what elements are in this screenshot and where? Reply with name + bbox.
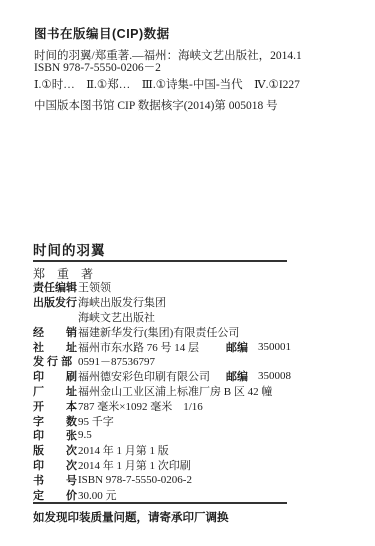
row-value: 2014 年 1 月第 1 版: [78, 442, 169, 458]
row-label: 版 次: [33, 442, 78, 458]
row-label: 字 数: [33, 413, 78, 429]
row-value: 0591－87536797: [78, 353, 155, 369]
colophon-row-edition: 版 次 2014 年 1 月第 1 版: [33, 443, 363, 458]
cip-heading: 图书在版编目(CIP)数据: [34, 24, 170, 42]
colophon-row-publisher: 海峡文艺出版社: [33, 310, 363, 325]
print-quality-note: 如发现印装质量问题，请寄承印厂调换: [33, 509, 229, 525]
row-value: 95 千字: [78, 413, 114, 429]
row-label: 定 价: [33, 487, 78, 503]
row-label: 出版发行: [33, 294, 78, 310]
row-label: 印 张: [33, 427, 78, 443]
postal-label: 邮编: [226, 368, 248, 384]
row-label: 责任编辑: [33, 279, 78, 295]
row-value: 海峡文艺出版社: [78, 309, 155, 325]
row-label: 厂 址: [33, 383, 78, 399]
row-value: 海峡出版发行集团: [78, 294, 166, 310]
cip-classification-line: Ⅰ.①时… Ⅱ.①郑… Ⅲ.①诗集-中国-当代 Ⅳ.①I227: [34, 76, 300, 92]
row-label: 书 号: [33, 472, 78, 488]
postal-code-group: 邮编 350008: [226, 369, 291, 384]
title-rule-divider: [33, 260, 287, 262]
row-label: 发 行 部: [33, 353, 78, 369]
row-value: ISBN 978-7-5550-0206-2: [78, 474, 192, 486]
row-label: 开 本: [33, 398, 78, 414]
colophon-row-sheets: 印 张 9.5: [33, 428, 363, 443]
colophon-row-printer: 印 刷 福州德安彩色印刷有限公司 邮编 350008: [33, 369, 363, 384]
book-title: 时间的羽翼: [33, 239, 106, 259]
colophon-row-address: 社 址 福州市东水路 76 号 14 层 邮编 350001: [33, 339, 363, 354]
colophon-row-distributor: 经 销 福建新华发行(集团)有限责任公司: [33, 324, 363, 339]
row-label: 经 销: [33, 324, 78, 340]
row-value: 福州金山工业区浦上标准厂房 B 区 42 幢: [78, 383, 272, 399]
colophon: 责任编辑 王领领 出版发行 海峡出版发行集团 海峡文艺出版社 经 销 福建新华发…: [33, 280, 363, 502]
colophon-row-sales-dept: 发 行 部 0591－87536797: [33, 354, 363, 369]
row-value: 福州市东水路 76 号 14 层: [78, 339, 199, 355]
row-value: 9.5: [78, 429, 92, 441]
postal-label: 邮编: [226, 339, 248, 355]
colophon-row-editor: 责任编辑 王领领: [33, 280, 363, 295]
postal-value: 350008: [258, 370, 291, 382]
row-value: 787 毫米×1092 毫米 1/16: [78, 398, 203, 414]
colophon-row-factory-address: 厂 址 福州金山工业区浦上标准厂房 B 区 42 幢: [33, 384, 363, 399]
row-value: 福建新华发行(集团)有限责任公司: [78, 324, 239, 340]
colophon-row-format: 开 本 787 毫米×1092 毫米 1/16: [33, 398, 363, 413]
postal-code-group: 邮编 350001: [226, 339, 291, 354]
colophon-row-impression: 印 次 2014 年 1 月第 1 次印刷: [33, 458, 363, 473]
cip-record-number-line: 中国版本图书馆 CIP 数据核字(2014)第 005018 号: [34, 97, 278, 113]
row-value: 福州德安彩色印刷有限公司: [78, 368, 210, 384]
postal-value: 350001: [258, 341, 291, 353]
colophon-row-price: 定 价 30.00 元: [33, 487, 363, 502]
row-value: 2014 年 1 月第 1 次印刷: [78, 457, 191, 473]
row-label: 印 刷: [33, 368, 78, 384]
row-value: 30.00 元: [78, 487, 117, 503]
footer-rule-divider: [33, 502, 287, 504]
row-label: 社 址: [33, 339, 78, 355]
colophon-row-publisher-group: 出版发行 海峡出版发行集团: [33, 295, 363, 310]
cip-isbn-line: ISBN 978-7-5550-0206－2: [34, 59, 161, 75]
row-label: 印 次: [33, 457, 78, 473]
colophon-row-isbn: 书 号 ISBN 978-7-5550-0206-2: [33, 472, 363, 487]
row-value: 王领领: [78, 279, 111, 295]
colophon-row-word-count: 字 数 95 千字: [33, 413, 363, 428]
